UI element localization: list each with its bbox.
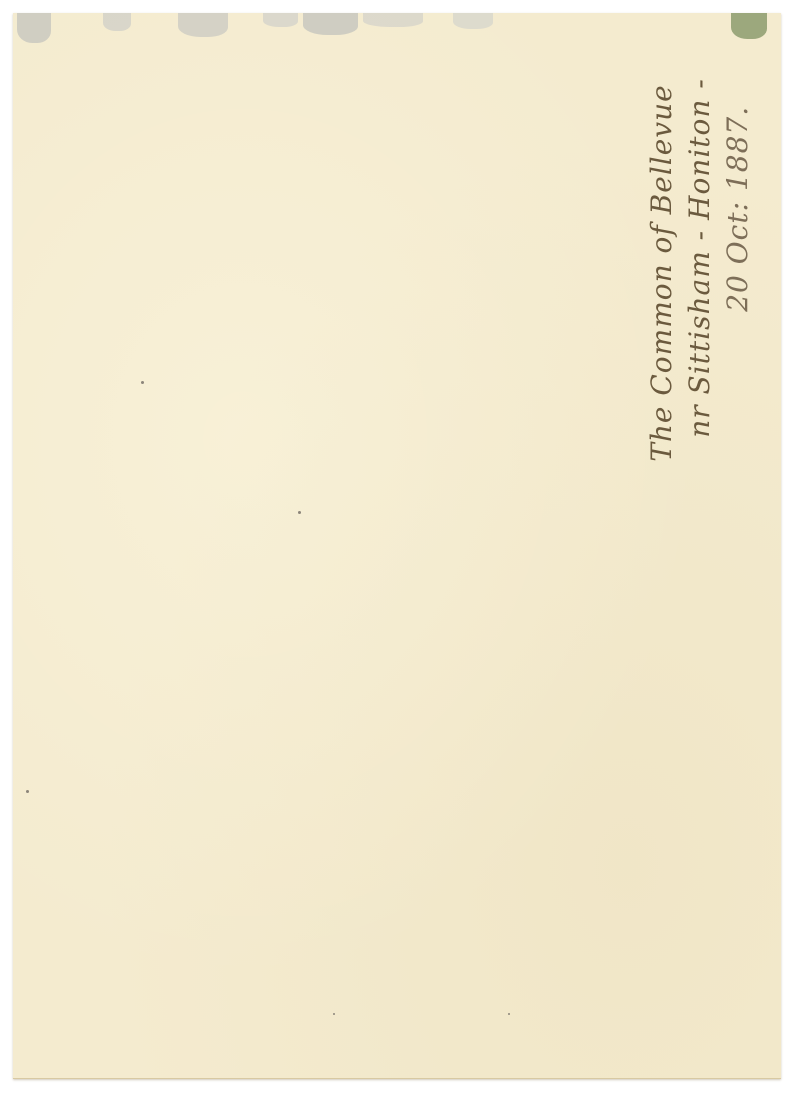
grey-stain	[263, 13, 298, 27]
grey-stain	[17, 13, 51, 43]
inscription-line-3: 20 Oct: 1887.	[719, 78, 757, 462]
paper-speck	[26, 790, 29, 793]
green-stain	[731, 13, 767, 39]
paper-speck	[298, 511, 301, 514]
grey-stain	[453, 13, 493, 29]
grey-stain	[303, 13, 358, 35]
grey-stain	[363, 13, 423, 27]
grey-stain	[103, 13, 131, 31]
inscription-line-2: nr Sittisham - Honiton -	[681, 78, 719, 462]
handwritten-inscription: The Common of Bellevue nr Sittisham - Ho…	[643, 78, 757, 462]
grey-stain	[178, 13, 228, 37]
paper-speck	[508, 1013, 510, 1015]
paper-speck	[141, 381, 144, 384]
paper-speck	[333, 1013, 335, 1015]
inscription-line-1: The Common of Bellevue	[643, 78, 681, 462]
